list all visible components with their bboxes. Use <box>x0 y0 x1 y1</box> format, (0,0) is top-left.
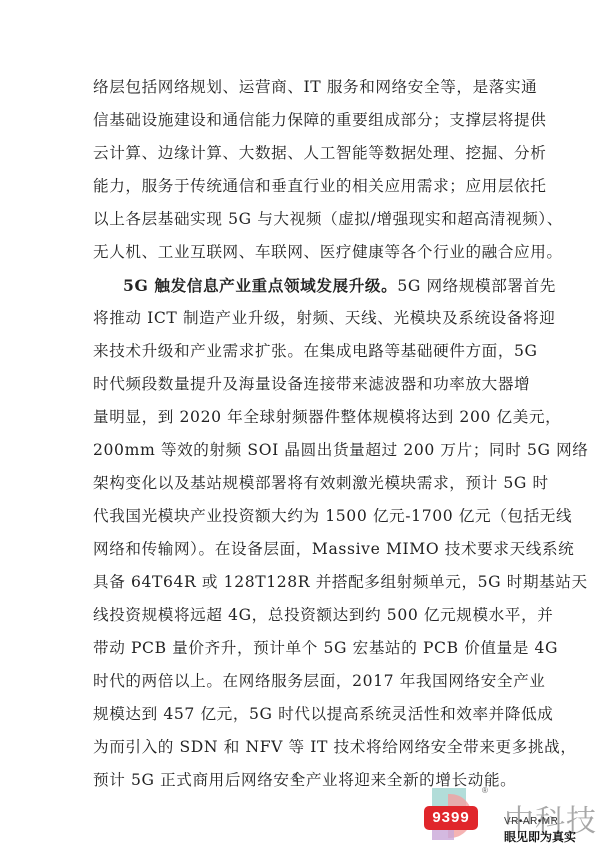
body-text: 络层包括网络规划、运营商、IT 服务和网络安全等，是落实通 信基础设施建设和通信… <box>93 71 511 797</box>
document-page: 络层包括网络规划、运营商、IT 服务和网络安全等，是落实通 信基础设施建设和通信… <box>0 0 600 848</box>
paragraph-heading: 5G 触发信息产业重点领域发展升级。 <box>123 276 397 295</box>
text-line: 代我国光模块产业投资额大约为 1500 亿元-1700 亿元（包括无线 <box>93 500 511 533</box>
text-line: 网络和传输网）。在设备层面，Massive MIMO 技术要求天线系统 <box>93 533 511 566</box>
text-line: 具备 64T64R 或 128T128R 并搭配多组射频单元，5G 时期基站天 <box>93 566 511 599</box>
watermark-slogan: 眼见即为真实 <box>504 828 576 845</box>
text-line: 为而引入的 SDN 和 NFV 等 IT 技术将给网络安全带来更多挑战， <box>93 731 511 764</box>
text-line: 络层包括网络规划、运营商、IT 服务和网络安全等，是落实通 <box>93 71 511 104</box>
registered-mark: ® <box>482 786 488 795</box>
text-line: 架构变化以及基站规模部署将有效刺激光模块需求，预计 5G 时 <box>93 467 511 500</box>
page-number: 3 <box>292 772 298 784</box>
text-line: 信基础设施建设和通信能力保障的重要组成部分；支撑层将提供 <box>93 104 511 137</box>
paragraph-lead-line: 5G 触发信息产业重点领域发展升级。5G 网络规模部署首先 <box>93 269 511 302</box>
text-line: 线投资规模将远超 4G，总投资额达到约 500 亿元规模水平，并 <box>93 599 511 632</box>
logo-badge: 9399 <box>424 806 478 830</box>
text-line: 量明显，到 2020 年全球射频器件整体规模将达到 200 亿美元， <box>93 401 511 434</box>
watermark-logo: 9399 ® 中科技 VR•AR•MR 眼见即为真实 <box>418 782 600 848</box>
text-line: 规模达到 457 亿元，5G 时代以提高系统灵活性和效率并降低成 <box>93 698 511 731</box>
text-line: 带动 PCB 量价齐升，预计单个 5G 宏基站的 PCB 价值量是 4G <box>93 632 511 665</box>
text-line: 云计算、边缘计算、大数据、人工智能等数据处理、挖掘、分析 <box>93 137 511 170</box>
text-line: 以上各层基础实现 5G 与大视频（虚拟/增强现实和超高清视频）、 <box>93 203 511 236</box>
text-line: 时代的两倍以上。在网络服务层面，2017 年我国网络安全产业 <box>93 665 511 698</box>
text-line: 能力，服务于传统通信和垂直行业的相关应用需求；应用层依托 <box>93 170 511 203</box>
text-line: 无人机、工业互联网、车联网、医疗健康等各个行业的融合应用。 <box>93 236 511 269</box>
watermark-tagline: VR•AR•MR <box>504 816 558 827</box>
text-line: 时代频段数量提升及海量设备连接带来滤波器和功率放大器增 <box>93 368 511 401</box>
text-fragment: 5G 网络规模部署首先 <box>397 277 556 295</box>
text-line: 将推动 ICT 制造产业升级，射频、天线、光模块及系统设备将迎 <box>93 302 511 335</box>
text-line: 来技术升级和产业需求扩张。在集成电路等基础硬件方面，5G <box>93 335 511 368</box>
text-line: 200mm 等效的射频 SOI 晶圆出货量超过 200 万片；同时 5G 网络 <box>93 434 511 467</box>
